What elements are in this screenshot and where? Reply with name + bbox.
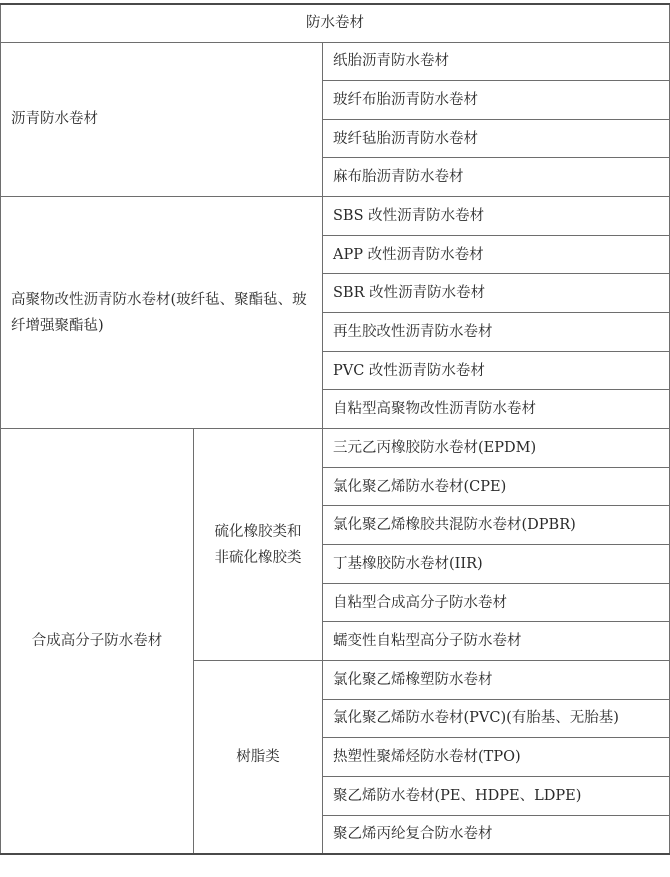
list-item: SBR 改性沥青防水卷材 xyxy=(323,274,670,313)
list-item: 玻纤毡胎沥青防水卷材 xyxy=(323,119,670,158)
table-row: 高聚物改性沥青防水卷材(玻纤毡、聚酯毡、玻纤增强聚酯毡) SBS 改性沥青防水卷… xyxy=(1,197,670,236)
list-item: 玻纤布胎沥青防水卷材 xyxy=(323,81,670,120)
list-item: 麻布胎沥青防水卷材 xyxy=(323,158,670,197)
header-row: 防水卷材 xyxy=(1,4,670,42)
category-asphalt: 沥青防水卷材 xyxy=(1,42,323,197)
list-item: 自粘型高聚物改性沥青防水卷材 xyxy=(323,390,670,429)
list-item: APP 改性沥青防水卷材 xyxy=(323,235,670,274)
list-item: 氯化聚乙烯防水卷材(PVC)(有胎基、无胎基) xyxy=(323,699,670,738)
list-item: 氯化聚乙烯橡胶共混防水卷材(DPBR) xyxy=(323,506,670,545)
table-title: 防水卷材 xyxy=(1,4,670,42)
category-polymer-modified-asphalt: 高聚物改性沥青防水卷材(玻纤毡、聚酯毡、玻纤增强聚酯毡) xyxy=(1,197,323,429)
list-item: PVC 改性沥青防水卷材 xyxy=(323,351,670,390)
subgroup-rubber: 硫化橡胶类和非硫化橡胶类 xyxy=(194,429,323,661)
list-item: 自粘型合成高分子防水卷材 xyxy=(323,583,670,622)
table-row: 沥青防水卷材 纸胎沥青防水卷材 xyxy=(1,42,670,81)
list-item: 三元乙丙橡胶防水卷材(EPDM) xyxy=(323,429,670,468)
subgroup-resin: 树脂类 xyxy=(194,661,323,854)
waterproof-membrane-classification-table: 防水卷材 沥青防水卷材 纸胎沥青防水卷材 玻纤布胎沥青防水卷材 玻纤毡胎沥青防水… xyxy=(0,3,670,855)
list-item: 蠕变性自粘型高分子防水卷材 xyxy=(323,622,670,661)
list-item: 纸胎沥青防水卷材 xyxy=(323,42,670,81)
list-item: 聚乙烯丙纶复合防水卷材 xyxy=(323,815,670,854)
category-synthetic-polymer: 合成高分子防水卷材 xyxy=(1,429,194,854)
table-row: 合成高分子防水卷材 硫化橡胶类和非硫化橡胶类 三元乙丙橡胶防水卷材(EPDM) xyxy=(1,429,670,468)
list-item: 氯化聚乙烯防水卷材(CPE) xyxy=(323,467,670,506)
list-item: 聚乙烯防水卷材(PE、HDPE、LDPE) xyxy=(323,776,670,815)
list-item: 氯化聚乙烯橡塑防水卷材 xyxy=(323,661,670,700)
list-item: SBS 改性沥青防水卷材 xyxy=(323,197,670,236)
list-item: 丁基橡胶防水卷材(IIR) xyxy=(323,545,670,584)
list-item: 再生胶改性沥青防水卷材 xyxy=(323,313,670,352)
list-item: 热塑性聚烯烃防水卷材(TPO) xyxy=(323,738,670,777)
